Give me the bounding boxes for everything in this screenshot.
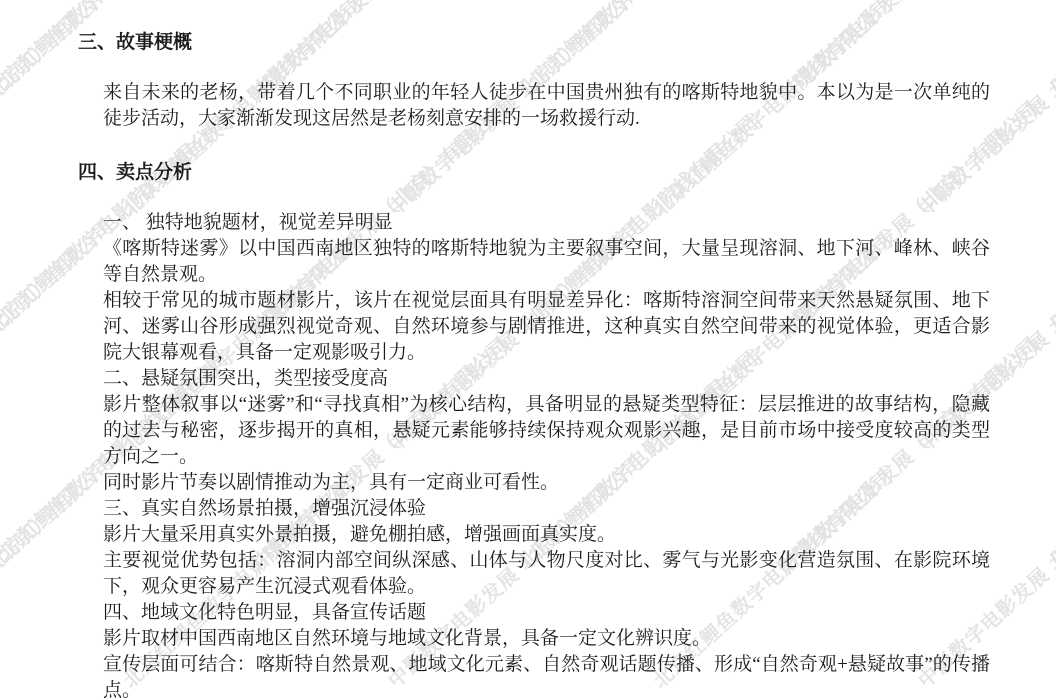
paragraph: 主要视觉优势包括：溶洞内部空间纵深感、山体与人物尺度对比、雾气与光影变化营造氛围… bbox=[103, 548, 990, 600]
section-heading: 四、卖点分析 bbox=[78, 160, 990, 186]
paragraph: 《喀斯特迷雾》以中国西南地区独特的喀斯特地貌为主要叙事空间，大量呈现溶洞、地下河… bbox=[103, 236, 990, 288]
paragraph: 宣传层面可结合：喀斯特自然景观、地域文化元素、自然奇观话题传播、形成“自然奇观+… bbox=[103, 652, 990, 698]
paragraph: 同时影片节奏以剧情推动为主，具有一定商业可看性。 bbox=[103, 470, 990, 496]
paragraph: 相较于常见的城市题材影片，该片在视觉层面具有明显差异化：喀斯特溶洞空间带来天然悬… bbox=[103, 288, 990, 366]
watermark-text: 北京红鲤鱼数字电影院线有限公司 bbox=[1040, 107, 1056, 339]
paragraph: 影片取材中国西南地区自然环境与地域文化背景，具备一定文化辨识度。 bbox=[103, 626, 990, 652]
paragraph: 来自未来的老杨，带着几个不同职业的年轻人徒步在中国贵州独有的喀斯特地貌中。本以为… bbox=[103, 80, 990, 132]
watermark-text: 北京红鲤鱼数字电影院线有限公司 bbox=[1040, 0, 1056, 103]
section: 四、卖点分析一、 独特地貌题材，视觉差异明显《喀斯特迷雾》以中国西南地区独特的喀… bbox=[78, 160, 990, 698]
document-page: 中影数字电影发展（北京）有限公司北京红鲤鱼数字电影院线有限公司中影数字电影发展（… bbox=[0, 0, 1056, 698]
section-paragraphs: 来自未来的老杨，带着几个不同职业的年轻人徒步在中国贵州独有的喀斯特地貌中。本以为… bbox=[78, 80, 990, 132]
section: 三、故事梗概来自未来的老杨，带着几个不同职业的年轻人徒步在中国贵州独有的喀斯特地… bbox=[78, 30, 990, 132]
paragraph: 四、地域文化特色明显，具备宣传话题 bbox=[103, 600, 990, 626]
paragraph: 影片整体叙事以“迷雾”和“寻找真相”为核心结构，具备明显的悬疑类型特征：层层推进… bbox=[103, 392, 990, 470]
paragraph: 影片大量采用真实外景拍摄，避免棚拍感，增强画面真实度。 bbox=[103, 522, 990, 548]
watermark-text: 北京红鲤鱼数字电影院线有限公司 bbox=[1040, 343, 1056, 575]
paragraph: 二、悬疑氛围突出，类型接受度高 bbox=[103, 366, 990, 392]
paragraph: 三、真实自然场景拍摄，增强沉浸体验 bbox=[103, 496, 990, 522]
section-heading: 三、故事梗概 bbox=[78, 30, 990, 56]
document-body: 三、故事梗概来自未来的老杨，带着几个不同职业的年轻人徒步在中国贵州独有的喀斯特地… bbox=[78, 30, 990, 698]
section-paragraphs: 一、 独特地貌题材，视觉差异明显《喀斯特迷雾》以中国西南地区独特的喀斯特地貌为主… bbox=[78, 210, 990, 698]
paragraph: 一、 独特地貌题材，视觉差异明显 bbox=[103, 210, 990, 236]
